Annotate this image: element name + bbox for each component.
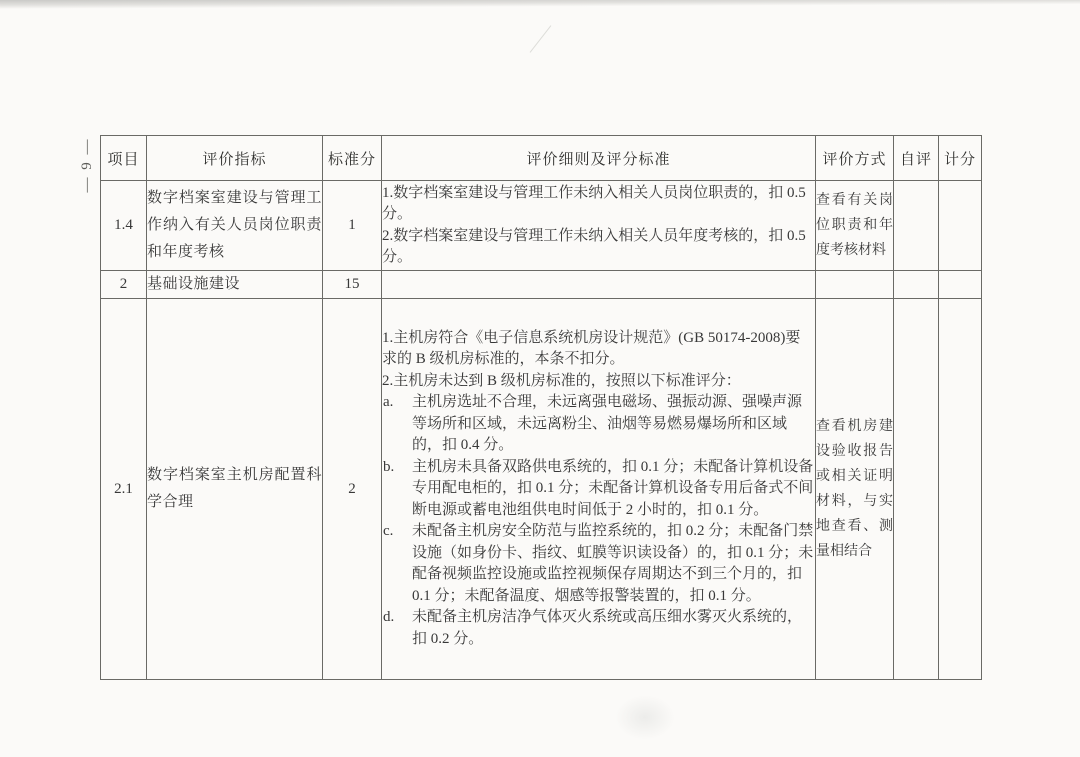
cell-method: 查看有关岗位职责和年度考核材料 [816,181,894,271]
cell-score-empty [939,181,982,271]
scan-scratch-artifact [530,25,552,52]
cell-score-empty [939,271,982,299]
table-row: 2 基础设施建设 15 [101,271,982,299]
table-row: 1.4 数字档案室建设与管理工作纳入有关人员岗位职责和年度考核 1 1.数字档案… [101,181,982,271]
cell-item-id: 2 [101,271,147,299]
rule-line: 1.主机房符合《电子信息系统机房设计规范》(GB 50174-2008)要求的 … [382,328,815,371]
rule-item-text: 未配备主机房洁净气体灭火系统或高压细水雾灭火系统的，扣 0.2 分。 [412,609,802,647]
rule-item: c. 未配备主机房安全防范与监控系统的，扣 0.2 分；未配备门禁设施（如身份卡… [382,521,815,607]
col-header-indicator: 评价指标 [147,136,323,181]
cell-rules: 1.主机房符合《电子信息系统机房设计规范》(GB 50174-2008)要求的 … [382,299,816,680]
rule-item-text: 主机房选址不合理，未远离强电磁场、强振动源、强噪声源等场所和区域，未远离粉尘、油… [412,394,802,453]
scan-edge-artifact [0,0,1080,9]
cell-method-empty [816,271,894,299]
rule-line: 1.数字档案室建设与管理工作未纳入相关人员岗位职责的，扣 0.5 分。 [382,183,815,226]
cell-standard-score: 1 [323,181,382,271]
col-header-self-eval: 自评 [894,136,939,181]
table-row: 2.1 数字档案室主机房配置科学合理 2 1.主机房符合《电子信息系统机房设计规… [101,299,982,680]
rule-item-marker: d. [383,607,394,629]
col-header-item: 项目 [101,136,147,181]
rule-item-marker: c. [383,521,393,543]
page-number: — 9 — [79,129,97,201]
rule-item: a. 主机房选址不合理，未远离强电磁场、强振动源、强噪声源等场所和区域，未远离粉… [382,392,815,457]
col-header-rules: 评价细则及评分标准 [382,136,816,181]
scan-smudge-artifact [615,695,675,740]
col-header-score: 计分 [939,136,982,181]
cell-self-eval-empty [894,181,939,271]
cell-method: 查看机房建设验收报告或相关证明材料，与实地查看、测量相结合 [816,299,894,680]
cell-self-eval-empty [894,271,939,299]
cell-indicator: 数字档案室建设与管理工作纳入有关人员岗位职责和年度考核 [147,181,323,271]
col-header-method: 评价方式 [816,136,894,181]
rule-line: 2.主机房未达到 B 级机房标准的，按照以下标准评分： [382,371,815,393]
table-header-row: 项目 评价指标 标准分 评价细则及评分标准 评价方式 自评 计分 [101,136,982,181]
rule-line: 2.数字档案室建设与管理工作未纳入相关人员年度考核的，扣 0.5 分。 [382,226,815,269]
cell-item-id: 1.4 [101,181,147,271]
rule-item-text: 主机房未具备双路供电系统的，扣 0.1 分；未配备计算机设备专用配电柜的，扣 0… [412,459,813,518]
cell-indicator: 基础设施建设 [147,271,323,299]
rule-item: d. 未配备主机房洁净气体灭火系统或高压细水雾灭火系统的，扣 0.2 分。 [382,607,815,650]
cell-score-empty [939,299,982,680]
col-header-standard-score: 标准分 [323,136,382,181]
rule-item-marker: a. [383,392,393,414]
cell-standard-score: 15 [323,271,382,299]
cell-standard-score: 2 [323,299,382,680]
cell-indicator: 数字档案室主机房配置科学合理 [147,299,323,680]
rule-item-text: 未配备主机房安全防范与监控系统的，扣 0.2 分；未配备门禁设施（如身份卡、指纹… [412,523,813,604]
cell-rules: 1.数字档案室建设与管理工作未纳入相关人员岗位职责的，扣 0.5 分。 2.数字… [382,181,816,271]
rule-item: b. 主机房未具备双路供电系统的，扣 0.1 分；未配备计算机设备专用配电柜的，… [382,457,815,522]
cell-rules-empty [382,271,816,299]
cell-self-eval-empty [894,299,939,680]
cell-item-id: 2.1 [101,299,147,680]
evaluation-table: 项目 评价指标 标准分 评价细则及评分标准 评价方式 自评 计分 1.4 数字档… [100,135,982,680]
rule-item-marker: b. [383,457,394,479]
